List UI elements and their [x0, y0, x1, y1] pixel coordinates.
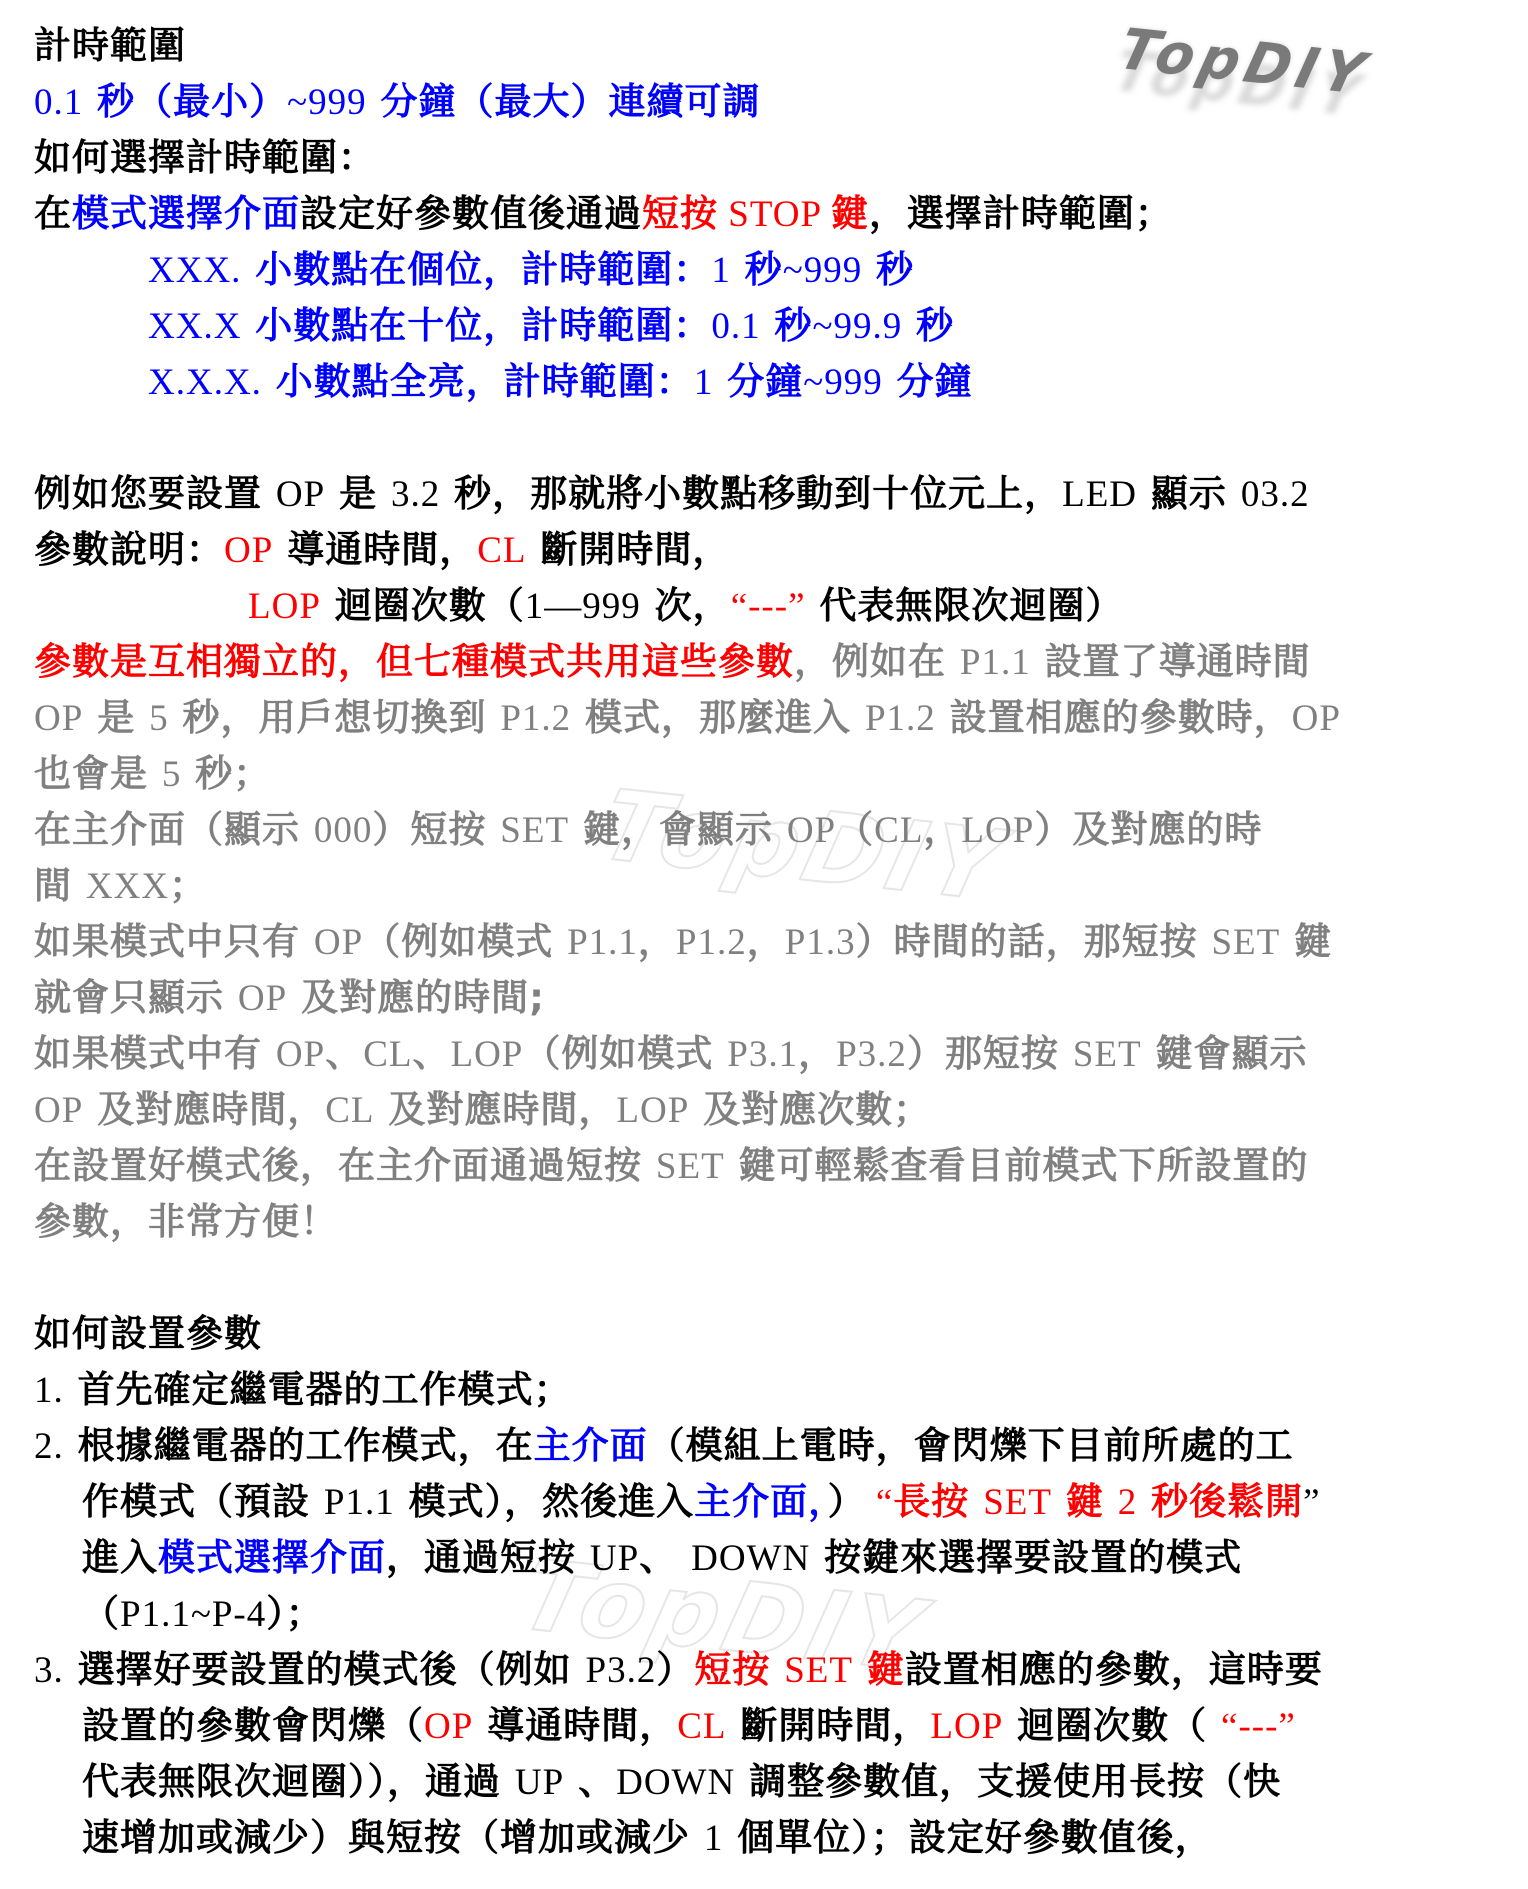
text-run: 間 [34, 864, 86, 907]
text-run: 1. [34, 1370, 64, 1411]
text-run: 鍵 [1052, 1480, 1118, 1523]
text-run: OP [34, 698, 83, 739]
shared-note-line-1: 參數是互相獨立的，但七種模式共用這些參數，例如在 P1.1 設置了導通時間 [34, 634, 1311, 691]
text-run: 選擇好要設置的模式後（例如 [64, 1648, 586, 1691]
text-run: LOP [450, 1034, 523, 1075]
text-run: P1.2 [500, 698, 571, 739]
text-run: OP [424, 1706, 473, 1747]
range-option-tens: XX.X 小數點在十位，計時範圍：0.1 秒~99.9 秒 [148, 298, 954, 355]
text-run: P3.2 [586, 1650, 657, 1691]
text-run: X.X.X. [148, 362, 262, 403]
step-3: 3. 選擇好要設置的模式後（例如 P3.2）短按 SET 鍵設置相應的參數，這時… [34, 1642, 1323, 1699]
text-run: 鍵 [831, 192, 869, 235]
text-run: P3.2 [836, 1034, 907, 1075]
text-run: ~999 [287, 82, 367, 123]
text-run: XXX [86, 866, 169, 907]
text-run: ， [798, 1032, 836, 1075]
text-run: 及對應次數； [689, 1088, 931, 1131]
text-run: 分鐘 [713, 360, 803, 403]
shared-note-line-3: 也會是 5 秒； [34, 746, 271, 803]
text-run: 及對應的時間; [287, 976, 545, 1019]
text-run: 000 [314, 810, 373, 851]
text-run: 秒 [761, 304, 813, 347]
text-run: XX.X [148, 306, 241, 347]
text-run: SET [1073, 1034, 1142, 1075]
text-run: DOWN [691, 1538, 810, 1579]
text-run: OP [238, 978, 287, 1019]
text-run: 在設置好模式後，在主介面通過短按 [34, 1144, 656, 1187]
text-run: ~999 [783, 250, 863, 291]
parameter-description-loop: LOP 迴圈次數（1—999 次，“---” 代表無限次迴圈） [248, 578, 1123, 635]
section-title-timing-range: 計時範圍 [34, 18, 186, 74]
text-run: 短按 [694, 1648, 784, 1691]
text-run: P1.1 [960, 642, 1031, 683]
text-run: ， [747, 920, 785, 963]
text-run: ， [923, 808, 961, 851]
text-run: 例如您要設置 [34, 472, 276, 515]
text-run: 秒 [902, 304, 954, 347]
text-run: “---” [1221, 1706, 1296, 1747]
text-run: 設置的參數會閃爍（ [82, 1704, 424, 1747]
text-run: ” [1303, 1482, 1320, 1523]
text-run: OP [787, 810, 836, 851]
text-run: LOP [248, 586, 321, 627]
text-run: 3.2 [391, 474, 440, 515]
shared-note-line-8: 如果模式中有 OP、CL、LOP（例如模式 P3.1，P3.2）那短按 SET … [34, 1026, 1308, 1083]
text-run: （例如模式 [523, 1032, 727, 1075]
text-run: ，通過短按 [386, 1536, 590, 1579]
text-run: 1 [694, 362, 714, 403]
text-run: 秒，那就將小數點移動到十位元上， [440, 472, 1062, 515]
step-2: 2. 根據繼電器的工作模式，在主介面（模組上電時，會閃爍下目前所處的工 [34, 1418, 1294, 1475]
text-run: CL [677, 1706, 726, 1747]
step-2-cont-1: 作模式（預設 P1.1 模式），然後進入主介面，） “長按 SET 鍵 2 秒後… [82, 1474, 1321, 1531]
text-run: ）短按 [372, 808, 500, 851]
text-run: CL [477, 530, 526, 571]
text-run: 鍵會顯示 [1142, 1032, 1308, 1075]
timing-range-spec: 0.1 秒（最小）~999 分鐘（最大）連續可調 [34, 74, 761, 131]
text-run: ）及對應的時 [1034, 808, 1262, 851]
text-run: OP [34, 1090, 83, 1131]
text-run: 0.1 [34, 82, 83, 123]
text-run: “ [866, 1482, 894, 1523]
step-1: 1. 首先確定繼電器的工作模式； [34, 1362, 572, 1419]
text-run: （模組上電時，會閃爍下目前所處的工 [648, 1424, 1294, 1467]
text-run: 導通時間， [273, 528, 477, 571]
text-run: 、 [325, 1032, 363, 1075]
text-run: （例如模式 [363, 920, 567, 963]
text-run: 調整參數值，支援使用長按（快 [735, 1760, 1281, 1803]
shared-note-line-6: 如果模式中只有 OP（例如模式 P1.1，P1.2，P1.3）時間的話，那短按 … [34, 914, 1332, 971]
text-run: XXX. [148, 250, 241, 291]
text-run: SET [784, 1650, 853, 1691]
text-run: 分鐘 [883, 360, 973, 403]
text-run: OP [314, 922, 363, 963]
text-run: 秒 [862, 248, 914, 291]
text-run: 秒，用戶想切換到 [169, 696, 501, 739]
text-run: 小數點在個位，計時範圍： [241, 248, 711, 291]
text-run: ）那短按 [907, 1032, 1073, 1075]
text-run: 主介面 [534, 1424, 648, 1467]
text-run: ，例如在 [794, 640, 960, 683]
text-run: 代表無限次迴圈） [806, 584, 1124, 627]
shared-note-line-7: 就會只顯示 OP 及對應的時間; [34, 970, 545, 1027]
text-run: 主介面， [694, 1480, 828, 1523]
text-run: P1.1~P-4 [120, 1594, 266, 1635]
text-run: 短按 [642, 192, 718, 235]
text-run: 在 [34, 192, 72, 235]
text-run: 也會是 [34, 752, 162, 795]
text-run: 按鍵來選擇要設置的模式 [810, 1536, 1242, 1579]
text-run: 1 [704, 1818, 724, 1859]
howto-select-instruction: 在模式選擇介面設定好參數值後通過短按 STOP 鍵，選擇計時範圍； [34, 186, 1173, 243]
range-option-all: X.X.X. 小數點全亮，計時範圍：1 分鐘~999 分鐘 [148, 354, 973, 411]
instruction-page: TopDIY TopDIY TopDIY 計時範圍 0.1 秒（最小）~999 … [0, 0, 1528, 1889]
text-run: 長按 [893, 1480, 983, 1523]
text-run: 鍵，會顯示 [569, 808, 787, 851]
text-run: STOP [718, 194, 831, 235]
step-2-cont-2: 進入模式選擇介面，通過短按 UP、 DOWN 按鍵來選擇要設置的模式 [82, 1530, 1242, 1587]
text-run: SET [500, 810, 569, 851]
text-run: 顯示 [1137, 472, 1241, 515]
text-run: 設置相應的參數，這時要 [905, 1648, 1323, 1691]
text-run: OP [276, 1034, 325, 1075]
text-run: 模式選擇介面 [72, 192, 300, 235]
step-3-cont-1: 設置的參數會閃爍（OP 導通時間，CL 斷開時間，LOP 迴圈次數（ “---” [82, 1698, 1296, 1755]
shared-note-line-2: OP 是 5 秒，用戶想切換到 P1.2 模式，那麼進入 P1.2 設置相應的參… [34, 690, 1341, 747]
shared-note-line-9: OP 及對應時間，CL 及對應時間，LOP 及對應次數； [34, 1082, 931, 1139]
text-run: 秒（最小） [83, 80, 287, 123]
text-run: LOP [930, 1706, 1003, 1747]
text-run: P1.2 [865, 698, 936, 739]
text-run: P1.1 [324, 1482, 395, 1523]
text-run: 鍵可輕鬆查看目前模式下所設置的 [725, 1144, 1309, 1187]
text-run: CL [325, 1090, 374, 1131]
text-run: P1.1 [567, 922, 638, 963]
text-run: 是 [325, 472, 391, 515]
text-run: 參數是互相獨立的，但七種模式共用這些參數 [34, 640, 794, 683]
text-run: 5 [149, 698, 169, 739]
text-run: ）時間的話，那短按 [856, 920, 1212, 963]
text-run: 3. [34, 1650, 64, 1691]
text-run: 及對應時間， [374, 1088, 616, 1131]
text-run: 小數點在十位，計時範圍： [241, 304, 711, 347]
text-run: 首先確定繼電器的工作模式； [64, 1368, 572, 1411]
text-run: 模式選擇介面 [158, 1536, 386, 1579]
text-run: 1—999 [525, 586, 641, 627]
text-run: 斷開時間， [526, 528, 730, 571]
text-run: ~99.9 [812, 306, 902, 347]
text-run: “---” [731, 586, 806, 627]
text-run: 設置了導通時間 [1031, 640, 1311, 683]
text-run: P1.2 [676, 922, 747, 963]
text-run: 個單位）；設定好參數值後， [723, 1816, 1212, 1859]
text-run: 斷開時間， [726, 1704, 930, 1747]
text-run: 根據繼電器的工作模式，在 [64, 1424, 534, 1467]
text-run: 03.2 [1241, 474, 1310, 515]
text-run: 秒 [731, 248, 783, 291]
text-run: 、 [639, 1536, 691, 1579]
text-run: 如果模式中只有 [34, 920, 314, 963]
text-run: SET [983, 1482, 1052, 1523]
text-run: 5 [162, 754, 182, 795]
text-run: ，選擇計時範圍； [869, 192, 1173, 235]
text-run: SET [1211, 922, 1280, 963]
text-run: 參數說明： [34, 528, 224, 571]
text-run: OP [1292, 698, 1341, 739]
text-run: 及對應時間， [83, 1088, 325, 1131]
text-run: P1.3 [785, 922, 856, 963]
text-run: SET [656, 1146, 725, 1187]
text-run: 分鐘（最大）連續可調 [367, 80, 761, 123]
text-run: ） [656, 1648, 694, 1691]
text-run: CL [874, 810, 923, 851]
shared-note-line-4: 在主介面（顯示 000）短按 SET 鍵，會顯示 OP（CL，LOP）及對應的時 [34, 802, 1262, 859]
text-run: ，通過 [387, 1760, 515, 1803]
text-run: UP [590, 1538, 639, 1579]
text-run: OP [276, 474, 325, 515]
text-run: 鍵 [1280, 920, 1332, 963]
text-run: 秒； [181, 752, 271, 795]
text-run: 速增加或減少）與短按（增加或減少 [82, 1816, 704, 1859]
text-run: ， [638, 920, 676, 963]
text-run: 0.1 [711, 306, 760, 347]
text-run: 、 [412, 1032, 450, 1075]
text-run: 次， [641, 584, 731, 627]
example-setting: 例如您要設置 OP 是 3.2 秒，那就將小數點移動到十位元上，LED 顯示 0… [34, 466, 1310, 523]
text-run: DOWN [616, 1762, 735, 1803]
shared-note-line-5: 間 XXX； [34, 858, 207, 915]
shared-note-line-11: 參數，非常方便！ [34, 1194, 338, 1250]
text-run: 代表無限次迴圈）） [82, 1760, 387, 1803]
text-run: ~999 [803, 362, 883, 403]
text-run: 在主介面（顯示 [34, 808, 314, 851]
text-run: 模式），然後進入 [395, 1480, 694, 1523]
text-run: 模式，那麼進入 [571, 696, 865, 739]
step-3-cont-2: 代表無限次迴圈）），通過 UP 、DOWN 調整參數值，支援使用長按（快 [82, 1754, 1281, 1811]
howto-select-title: 如何選擇計時範圍： [34, 130, 376, 186]
text-run: OP [224, 530, 273, 571]
text-run: CL [363, 1034, 412, 1075]
text-run: 參數，非常方便！ [34, 1200, 338, 1243]
range-option-ones: XXX. 小數點在個位，計時範圍：1 秒~999 秒 [148, 242, 914, 299]
text-run: 迴圈次數（ [1003, 1704, 1221, 1747]
section-title-how-to-set: 如何設置參數 [34, 1306, 262, 1362]
step-3-cont-3: 速增加或減少）與短按（增加或減少 1 個單位）；設定好參數值後， [82, 1810, 1213, 1867]
text-run: LOP [616, 1090, 689, 1131]
text-run: 進入 [82, 1536, 158, 1579]
text-run: 2. [34, 1426, 64, 1467]
text-run: 如果模式中有 [34, 1032, 276, 1075]
parameter-description: 參數說明：OP 導通時間，CL 斷開時間， [34, 522, 730, 579]
text-run: 1 [711, 250, 731, 291]
text-run: 是 [83, 696, 149, 739]
text-run: 設置相應的參數時， [936, 696, 1292, 739]
text-run: 迴圈次數（ [321, 584, 525, 627]
text-run: （ [82, 1592, 120, 1635]
text-run: 、 [564, 1760, 616, 1803]
text-run: 鍵 [853, 1648, 905, 1691]
text-run: 作模式（預設 [82, 1480, 324, 1523]
text-run: 秒後鬆開 [1137, 1480, 1303, 1523]
text-run: UP [515, 1762, 564, 1803]
text-run: 小數點全亮，計時範圍： [262, 360, 694, 403]
text-run: 設定好參數值後通過 [300, 192, 642, 235]
text-run: 2 [1118, 1482, 1138, 1523]
text-run: 導通時間， [473, 1704, 677, 1747]
text-run: ） [828, 1480, 866, 1523]
text-run: P3.1 [727, 1034, 798, 1075]
text-run: 就會只顯示 [34, 976, 238, 1019]
text-run: ； [169, 864, 207, 907]
shared-note-line-10: 在設置好模式後，在主介面通過短按 SET 鍵可輕鬆查看目前模式下所設置的 [34, 1138, 1309, 1195]
watermark-logo-top: TopDIY [1113, 17, 1377, 108]
step-2-cont-3: （P1.1~P-4）； [82, 1586, 324, 1643]
text-run: LOP [961, 810, 1034, 851]
text-run: ）； [266, 1592, 324, 1635]
text-run: LED [1062, 474, 1137, 515]
text-run: （ [836, 808, 874, 851]
